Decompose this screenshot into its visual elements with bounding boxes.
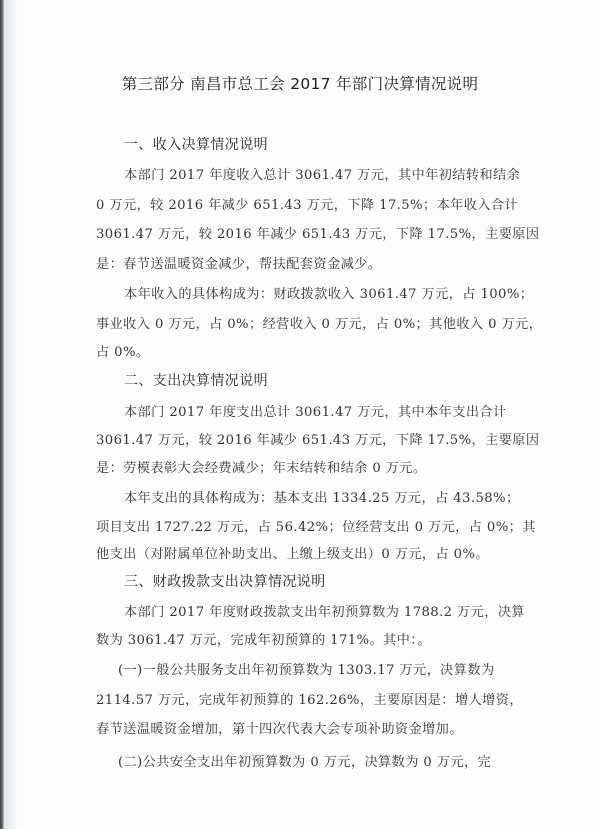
paragraph-line: 2114.57 万元，完成年初预算的 162.26%，主要原因是：增人增资，: [96, 689, 526, 708]
paragraph-line: 3061.47 万元，较 2016 年减少 651.43 万元，下降 17.5%…: [96, 223, 526, 242]
paragraph-line: 3061.47 万元，较 2016 年减少 651.43 万元，下降 17.5%…: [96, 429, 526, 448]
paragraph-line: 本部门 2017 年度支出总计 3061.47 万元，其中本年支出合计: [124, 401, 554, 420]
paragraph-line: 数为 3061.47 万元，完成年初预算的 171%。其中：。: [96, 629, 526, 648]
paragraph-line: 本年支出的具体构成为：基本支出 1334.25 万元，占 43.58%；: [124, 487, 554, 506]
paragraph-line: 是：春节送温暖资金减少，帮扶配套资金减少。: [96, 253, 526, 272]
paragraph-line: 占 0%。: [96, 341, 526, 360]
paragraph-line: (一)一般公共服务支出年初预算数为 1303.17 万元，决算数为: [118, 659, 548, 678]
document-title: 第三部分 南昌市总工会 2017 年部门决算情况说明: [0, 72, 600, 94]
paragraph-line: 本年收入的具体构成为：财政拨款收入 3061.47 万元，占 100%；: [124, 283, 554, 302]
paragraph-line: 0 万元，较 2016 年减少 651.43 万元，下降 17.5%；本年收入合…: [96, 194, 526, 213]
paragraph-line: 春节送温暖资金增加，第十四次代表大会专项补助资金增加。: [96, 718, 526, 737]
section-heading-expenditure: 二、支出决算情况说明: [124, 370, 268, 390]
section-heading-income: 一、收入决算情况说明: [124, 134, 268, 154]
paragraph-line: 本部门 2017 年度收入总计 3061.47 万元，其中年初结转和结余: [124, 164, 554, 183]
paragraph-line: 事业收入 0 万元，占 0%；经营收入 0 万元，占 0%；其他收入 0 万元，: [96, 313, 526, 332]
paragraph-line: 本部门 2017 年度财政拨款支出年初预算数为 1788.2 万元，决算: [124, 601, 554, 620]
paragraph-line: 项目支出 1727.22 万元，占 56.42%；位经营支出 0 万元，占 0%…: [96, 516, 526, 535]
paragraph-line: (二)公共安全支出年初预算数为 0 万元，决算数为 0 万元，完: [118, 751, 548, 770]
section-heading-fiscal-appropriation: 三、财政拨款支出决算情况说明: [124, 571, 326, 591]
document-page: 第三部分 南昌市总工会 2017 年部门决算情况说明 一、收入决算情况说明 本部…: [0, 0, 600, 829]
paragraph-line: 他支出（对附属单位补助支出、上缴上级支出）0 万元，占 0%。: [96, 543, 526, 562]
paragraph-line: 是：劳模表彰大会经费减少；年末结转和结余 0 万元。: [96, 457, 526, 476]
